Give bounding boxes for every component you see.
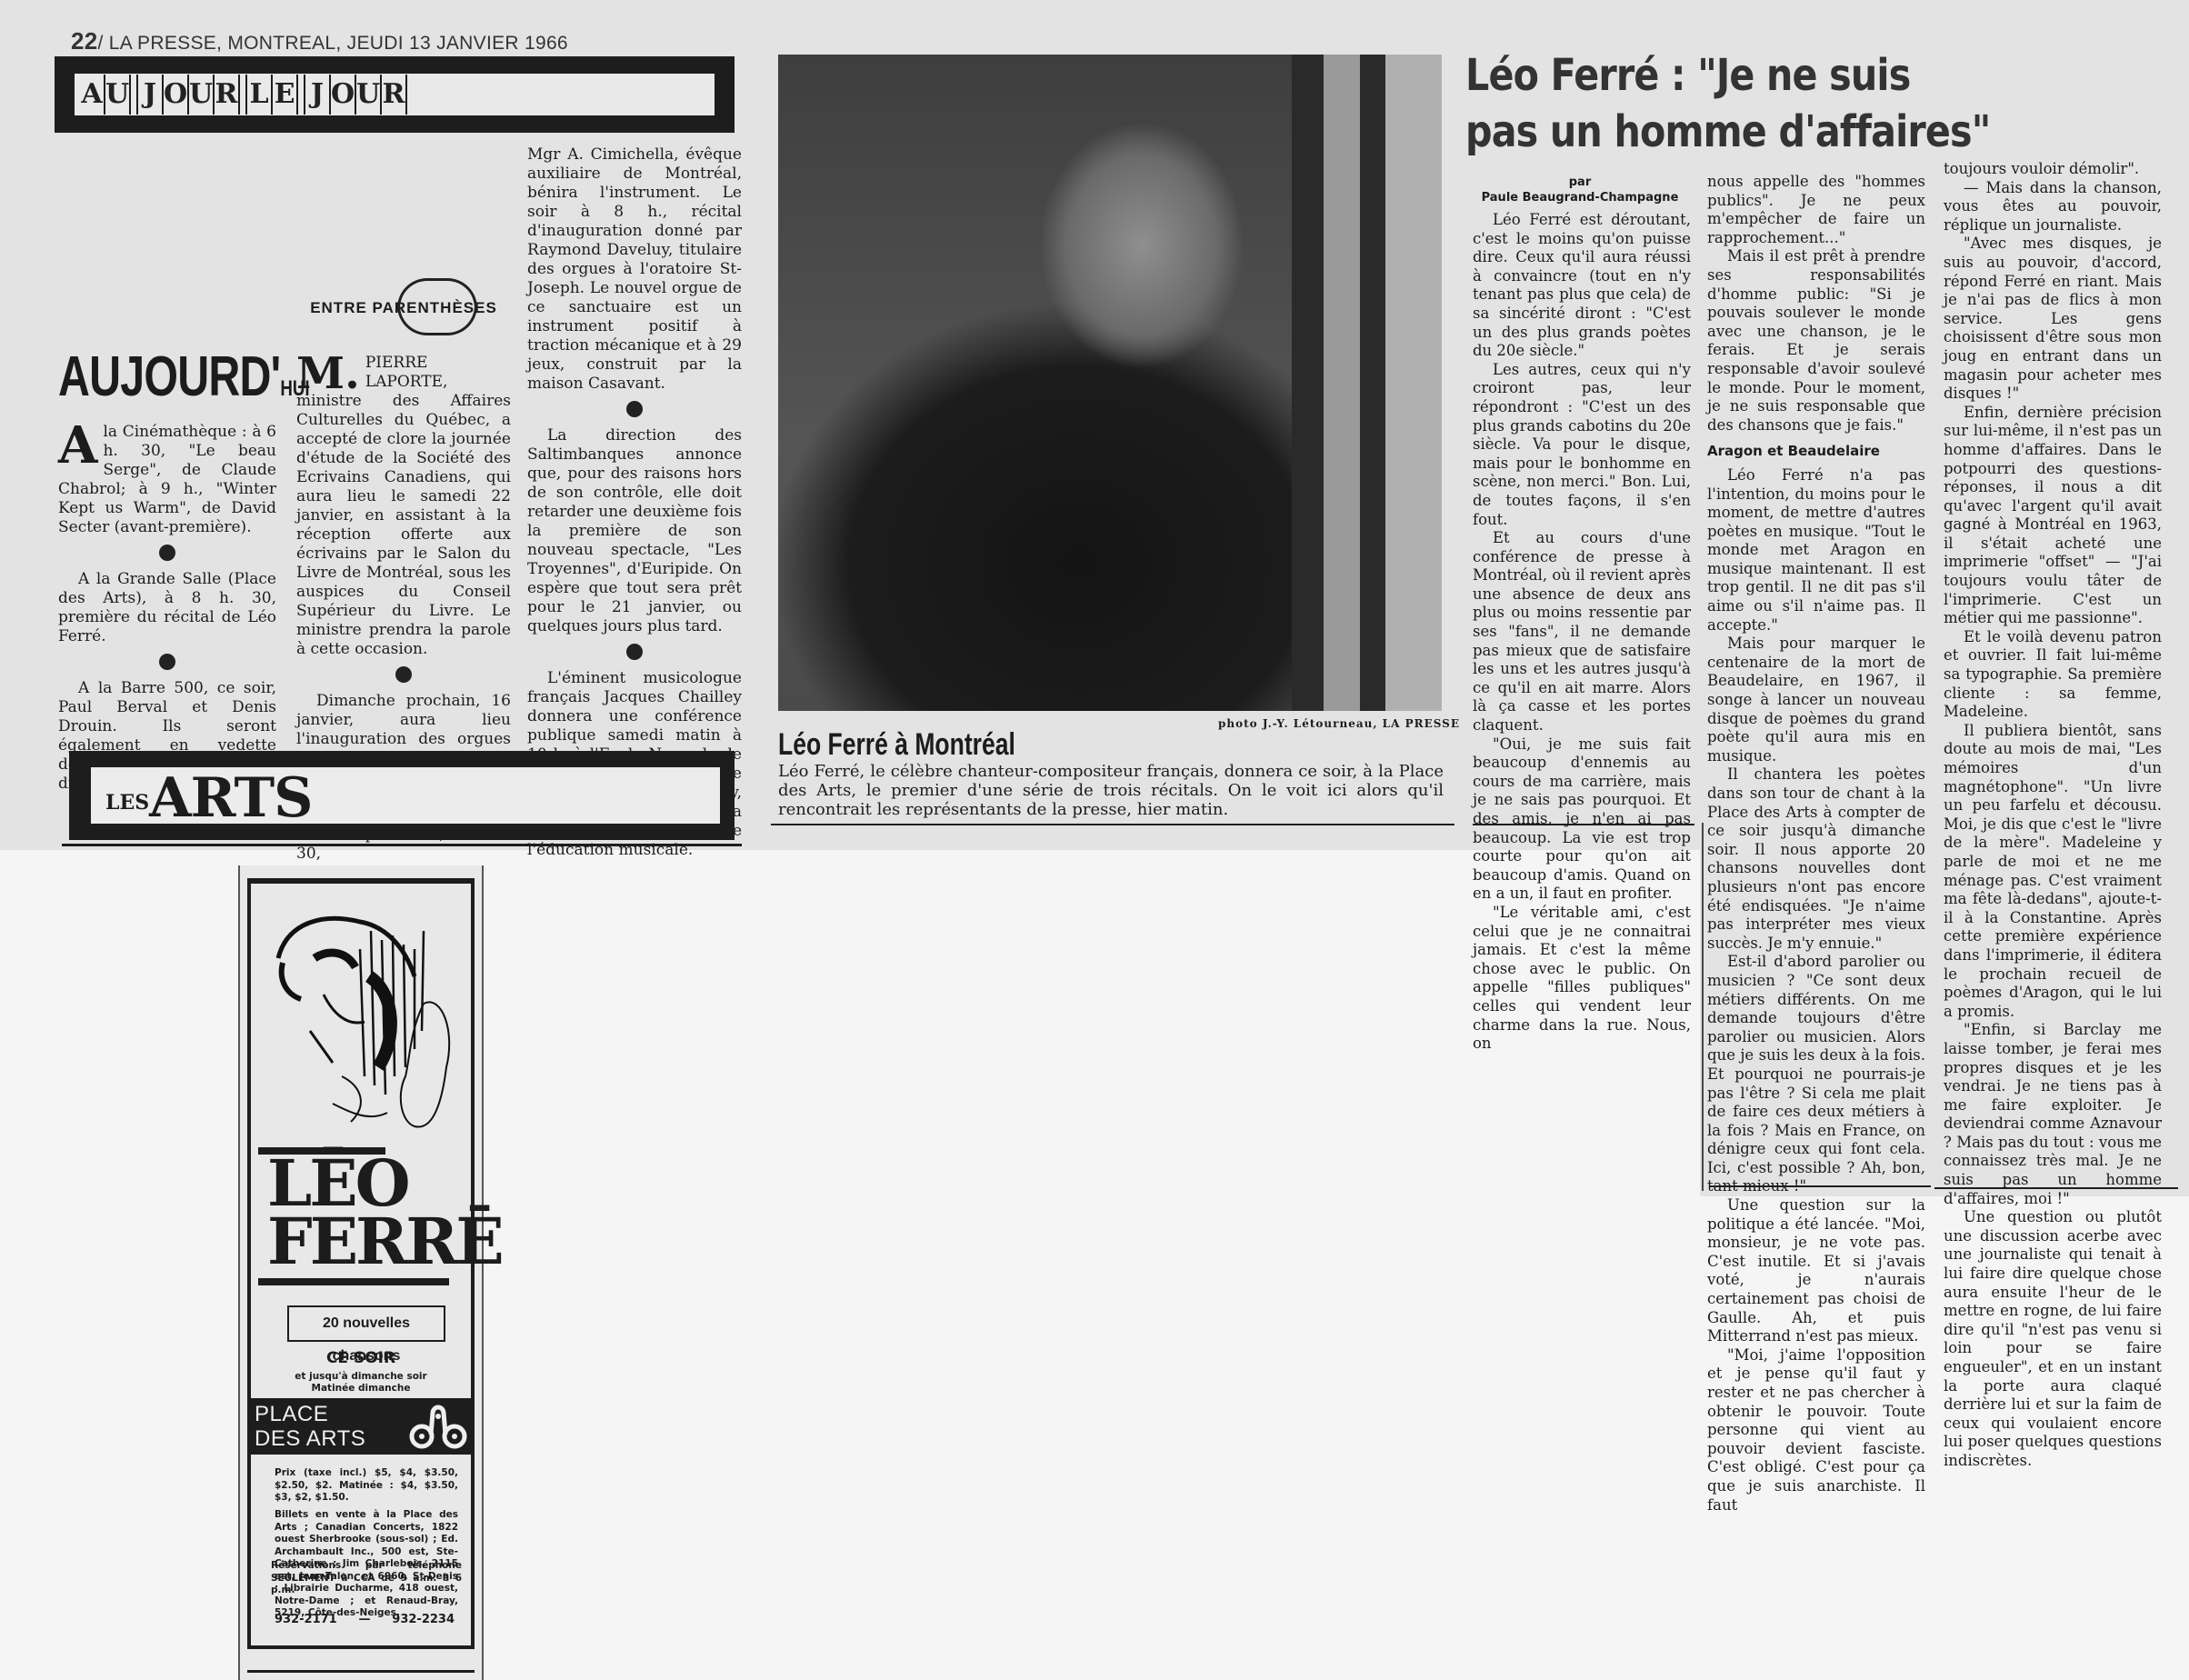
article-paragraph: Enfin, dernière précision sur lui-même, … — [1944, 404, 2162, 628]
banner-letter: U — [189, 75, 215, 115]
banner-letter: E — [273, 75, 298, 115]
article-paragraph: Léo Ferré est déroutant, c'est le moins … — [1473, 211, 1691, 361]
ad-ce-soir: CE SOIR — [251, 1349, 471, 1367]
photo-credit: photo J.-Y. Létourneau, LA PRESSE — [1218, 717, 1460, 730]
bullet-dot — [159, 654, 175, 670]
ad-venue-banner: PLACE DES ARTS — [247, 1398, 475, 1455]
photo-caption-body: Léo Ferré, le célèbre chanteur-composite… — [778, 762, 1444, 819]
article-paragraph: — Mais dans la chanson, vous êtes au pou… — [1944, 179, 2162, 235]
article-paragraph: "Oui, je me suis fait beaucoup d'ennemis… — [1473, 735, 1691, 904]
article-paragraph: "Enfin, si Barclay me laisse tomber, je … — [1944, 1021, 2162, 1208]
article-paragraph: nous appelle des "hommes publics". Je ne… — [1707, 173, 1925, 247]
article-paragraph: Une question sur la politique a été lanc… — [1707, 1196, 1925, 1346]
ad-artist-name-line2: FERRĒ — [267, 1215, 502, 1269]
column-rule — [1709, 1185, 1931, 1187]
column-rule — [1473, 824, 1694, 825]
ad-phone-1: 932-2171 — [275, 1613, 337, 1626]
bullet-dot — [626, 401, 643, 417]
banner-letter: J — [138, 75, 164, 115]
section-banner-les-arts: LESARTS — [69, 751, 735, 840]
banner-letter: U — [356, 75, 382, 115]
place-des-arts-logo-icon — [409, 1404, 467, 1449]
article-paragraph: Est-il d'abord parolier ou musicien ? "C… — [1707, 953, 1925, 1196]
news-item: La direction des Saltimbanques annonce q… — [527, 426, 742, 636]
leo-ferre-advertisement: LĒO FERRĒ 20 nouvelles chansons CE SOIR … — [238, 865, 484, 1680]
banner-letter: R — [382, 75, 407, 115]
aujourdhui-item: Ala Cinémathèque : à 6 h. 30, "Le beau S… — [58, 423, 276, 537]
page-number: 22 — [71, 27, 98, 55]
article-paragraph: Il chantera les poètes dans son tour de … — [1707, 765, 1925, 953]
article-paragraph: "Le véritable ami, c'est celui que je ne… — [1473, 904, 1691, 1054]
leo-ferre-photo — [778, 55, 1442, 711]
photo-caption-title: Léo Ferré à Montréal — [778, 727, 1015, 763]
news-item: Mgr A. Cimichella, évêque auxiliaire de … — [527, 145, 742, 394]
bullet-dot — [159, 545, 175, 561]
article-paragraph: Mais pour marquer le centenaire de la mo… — [1707, 635, 1925, 765]
banner-letter: O — [331, 75, 356, 115]
section-rule — [62, 844, 742, 846]
banner-letter: A — [80, 75, 105, 115]
article-paragraph: Il publiera bientôt, sans doute au mois … — [1944, 722, 2162, 1022]
article-paragraph: Léo Ferré n'a pas l'intention, du moins … — [1707, 466, 1925, 635]
ad-rule — [258, 1278, 449, 1285]
ad-artist-name-line1: LĒO — [267, 1156, 408, 1211]
parenthesis-arc-bottom-icon — [397, 305, 477, 335]
ad-prices: Prix (taxe incl.) $5, $4, $3.50, $2.50, … — [275, 1467, 458, 1505]
article-subhead: Aragon et Beaudelaire — [1707, 442, 1925, 461]
section-banner-au-jour-le-jour: AUJOURLEJOUR — [55, 56, 735, 133]
banner-letter: U — [105, 75, 131, 115]
article-paragraph: "Avec mes disques, je suis au pouvoir, d… — [1944, 235, 2162, 403]
dateline: / LA PRESSE, MONTREAL, JEUDI 13 JANVIER … — [98, 33, 568, 54]
ad-new-songs-box: 20 nouvelles chansons — [287, 1305, 445, 1342]
column-rule — [1934, 1187, 2178, 1189]
article-column-2: nous appelle des "hommes publics". Je ne… — [1707, 173, 1925, 1515]
ad-phone-2: 932-2234 — [392, 1613, 455, 1626]
article-paragraph: Mais il est prêt à prendre ses responsab… — [1707, 247, 1925, 435]
entre-parentheses-label: ENTRE PARENTHÈSES — [296, 298, 511, 317]
article-byline: par Paule Beaugrand-Champagne — [1469, 175, 1691, 205]
ad-schedule: et jusqu'à dimanche soir Matinée dimanch… — [251, 1371, 471, 1395]
banner-letter: O — [164, 75, 189, 115]
article-column-1: Léo Ferré est déroutant, c'est le moins … — [1473, 211, 1691, 1054]
ad-bottom-rule — [247, 1670, 475, 1673]
article-paragraph: Une question ou plutôt une discussion ac… — [1944, 1208, 2162, 1470]
article-paragraph: Et le voilà devenu patron et ouvrier. Il… — [1944, 628, 2162, 722]
aujourdhui-column: AUJOURD'HUI Ala Cinémathèque : à 6 h. 30… — [58, 349, 276, 794]
aujourdhui-item: A la Grande Salle (Place des Arts), à 8 … — [58, 570, 276, 646]
banner-letter: R — [215, 75, 240, 115]
entre-parentheses-item: M.PIERRE LAPORTE, ministre des Affaires … — [296, 354, 511, 659]
article-paragraph: toujours vouloir démolir". — [1944, 160, 2162, 179]
article-paragraph: Les autres, ceux qui n'y croiront pas, l… — [1473, 361, 1691, 529]
article-paragraph: "Moi, j'aime l'opposition et je pense qu… — [1707, 1346, 1925, 1515]
article-headline: Léo Ferré : "Je ne suis pas un homme d'a… — [1465, 47, 1990, 160]
article-column-3: toujours vouloir démolir".— Mais dans la… — [1944, 160, 2162, 1471]
bullet-dot — [626, 644, 643, 660]
page-folio: 22/ LA PRESSE, MONTREAL, JEUDI 13 JANVIE… — [71, 27, 568, 55]
ad-reservations: Réservations par téléphone SEULEMENT à C… — [271, 1560, 462, 1597]
ad-phone-numbers: 932-2171 — 932-2234 — [275, 1613, 455, 1626]
banner-letter: L — [247, 75, 273, 115]
section-banner-letters: AUJOURLEJOUR — [75, 74, 715, 115]
article-paragraph: Et au cours d'une conférence de presse à… — [1473, 529, 1691, 735]
leo-ferre-sketch-icon — [260, 895, 465, 1140]
caption-rule — [771, 824, 1454, 825]
bullet-dot — [395, 666, 412, 683]
aujourdhui-kicker: AUJOURD'HUI — [58, 349, 228, 417]
column-divider — [1702, 823, 1704, 1191]
banner-letter: J — [305, 75, 331, 115]
